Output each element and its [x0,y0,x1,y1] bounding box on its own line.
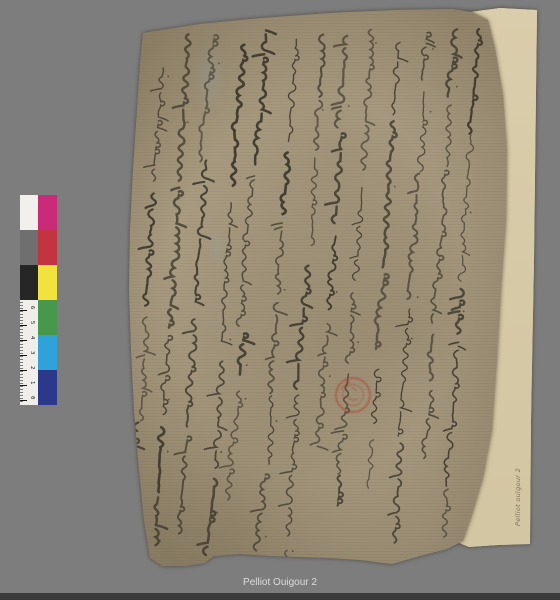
manuscript-paper [0,0,560,600]
paper-vignette [0,0,560,600]
pencil-inscription: Pelliot ouïgour 2 [512,450,525,526]
manuscript-paper-shadow [0,0,560,600]
manuscript-photograph: 0123456 Pelliot ouïgour [0,0,560,600]
photo-caption: Pelliot Ouigour 2 [0,577,560,588]
bottom-bar [0,593,560,600]
